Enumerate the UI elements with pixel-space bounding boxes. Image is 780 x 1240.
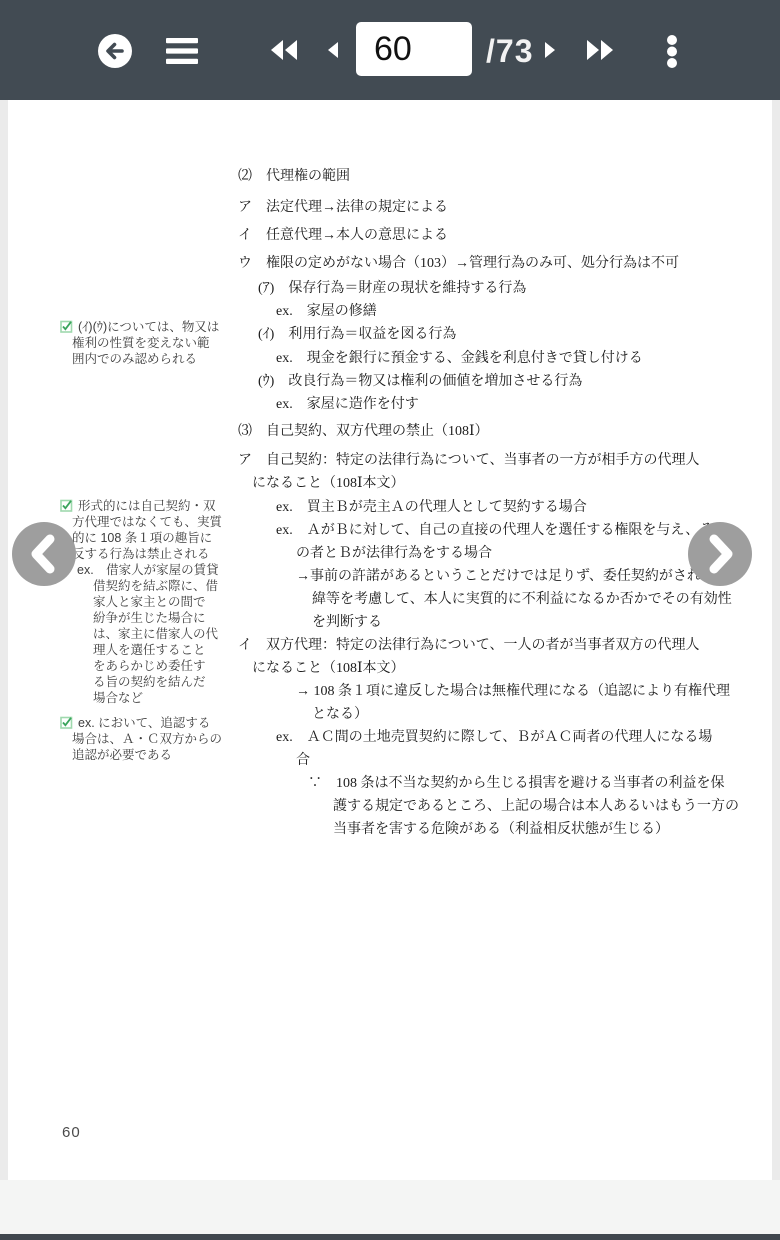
margin-note-text: ex. 借家人が家屋の賃貸 借契約を結ぶ際に、借 家人と家主との間で 紛争が生じ… xyxy=(72,562,238,706)
bottom-bar xyxy=(0,1234,780,1240)
step-back-icon xyxy=(326,41,339,59)
doc-line: ex. 現金を銀行に預金する、金銭を利息付きで貸し付ける xyxy=(238,347,740,370)
doc-line: ex. 家屋に造作を付す xyxy=(238,393,740,416)
chevron-left-circle-icon xyxy=(12,522,76,586)
step-forward-icon xyxy=(544,41,557,59)
doc-line: ア 法定代理→法律の規定による xyxy=(238,196,740,219)
margin-note: ex. において、追認する 場合は、Ａ・Ｃ双方からの 追認が必要である xyxy=(60,715,238,763)
checked-checkbox-icon xyxy=(60,499,73,512)
document-body: ⑵ 代理権の範囲ア 法定代理→法律の規定によるイ 任意代理→本人の意思によるウ … xyxy=(238,100,740,841)
page-number-input[interactable] xyxy=(356,22,472,76)
doc-line: ex. ＡがＢに対して、自己の直接の代理人を選任する権限を与え、そ の者とＢが法… xyxy=(238,519,740,565)
margin-note-text: 形式的には自己契約・双 方代理ではなくても、実質 的に 108 条１項の趣旨に … xyxy=(72,498,238,562)
next-page-overlay-button[interactable] xyxy=(688,522,752,586)
doc-line: (ｲ) 利用行為＝収益を図る行為 xyxy=(238,323,740,346)
last-page-button[interactable] xyxy=(586,40,614,60)
previous-page-button[interactable] xyxy=(326,41,339,59)
doc-line: ア 自己契約：特定の法律行為について、当事者の一方が相手方の代理人 になること（… xyxy=(238,449,740,495)
doc-line: ⑶ 自己契約、双方代理の禁止（108Ⅰ） xyxy=(238,420,740,443)
viewer-toolbar: /73 xyxy=(0,0,780,100)
back-button[interactable] xyxy=(96,32,134,70)
page-gutter-right xyxy=(772,100,780,1180)
doc-line: ∵ 108 条は不当な契約から生じる損害を避ける当事者の利益を保 護する規定であ… xyxy=(238,772,740,841)
page-footer-number: 60 xyxy=(62,1124,81,1141)
margin-note-text: (ｲ)(ｳ)については、物又は 権利の性質を変えない範 囲内でのみ認められる xyxy=(72,319,238,367)
margin-note-text: ex. において、追認する 場合は、Ａ・Ｃ双方からの 追認が必要である xyxy=(72,715,238,763)
doc-line: ex. 買主Ｂが売主Ａの代理人として契約する場合 xyxy=(238,496,740,519)
margin-note: 形式的には自己契約・双 方代理ではなくても、実質 的に 108 条１項の趣旨に … xyxy=(60,498,238,706)
hamburger-menu-icon xyxy=(165,37,199,65)
fast-forward-icon xyxy=(586,40,614,60)
doc-line: ex. 家屋の修繕 xyxy=(238,300,740,323)
first-page-button[interactable] xyxy=(270,40,298,60)
doc-line: イ 双方代理：特定の法律行為について、一人の者が当事者双方の代理人 になること（… xyxy=(238,634,740,680)
margin-note: (ｲ)(ｳ)については、物又は 権利の性質を変えない範 囲内でのみ認められる xyxy=(60,319,238,367)
doc-line: ⑵ 代理権の範囲 xyxy=(238,165,740,188)
kebab-menu-icon xyxy=(665,34,679,70)
arrow-left-circle-icon xyxy=(96,32,134,70)
doc-line: ウ 権限の定めがない場合（103）→管理行為のみ可、処分行為は不可 xyxy=(238,252,740,275)
checked-checkbox-icon xyxy=(60,320,73,333)
chevron-right-circle-icon xyxy=(688,522,752,586)
previous-page-overlay-button[interactable] xyxy=(12,522,76,586)
doc-line: →事前の許諾があるということだけでは足りず、委任契約がされた経 緯等を考慮して、… xyxy=(238,565,740,634)
next-page-button[interactable] xyxy=(544,41,557,59)
page-gutter-left xyxy=(0,100,8,1180)
checked-checkbox-icon xyxy=(60,716,73,729)
doc-line: → 108 条１項に違反した場合は無権代理になる（追認により有権代理 となる） xyxy=(238,680,740,726)
menu-button[interactable] xyxy=(165,37,199,65)
doc-line: ex. ＡＣ間の土地売買契約に際して、ＢがＡＣ両者の代理人になる場 合 xyxy=(238,726,740,772)
document-page: ⑵ 代理権の範囲ア 法定代理→法律の規定によるイ 任意代理→本人の意思によるウ … xyxy=(8,100,772,1180)
page-total-label: /73 xyxy=(486,33,533,70)
doc-line: (ｳ) 改良行為＝物又は権利の価値を増加させる行為 xyxy=(238,370,740,393)
fast-rewind-icon xyxy=(270,40,298,60)
doc-line: (ｱ) 保存行為＝財産の現状を維持する行為 xyxy=(238,277,740,300)
doc-line: イ 任意代理→本人の意思による xyxy=(238,224,740,247)
more-options-button[interactable] xyxy=(665,34,679,70)
